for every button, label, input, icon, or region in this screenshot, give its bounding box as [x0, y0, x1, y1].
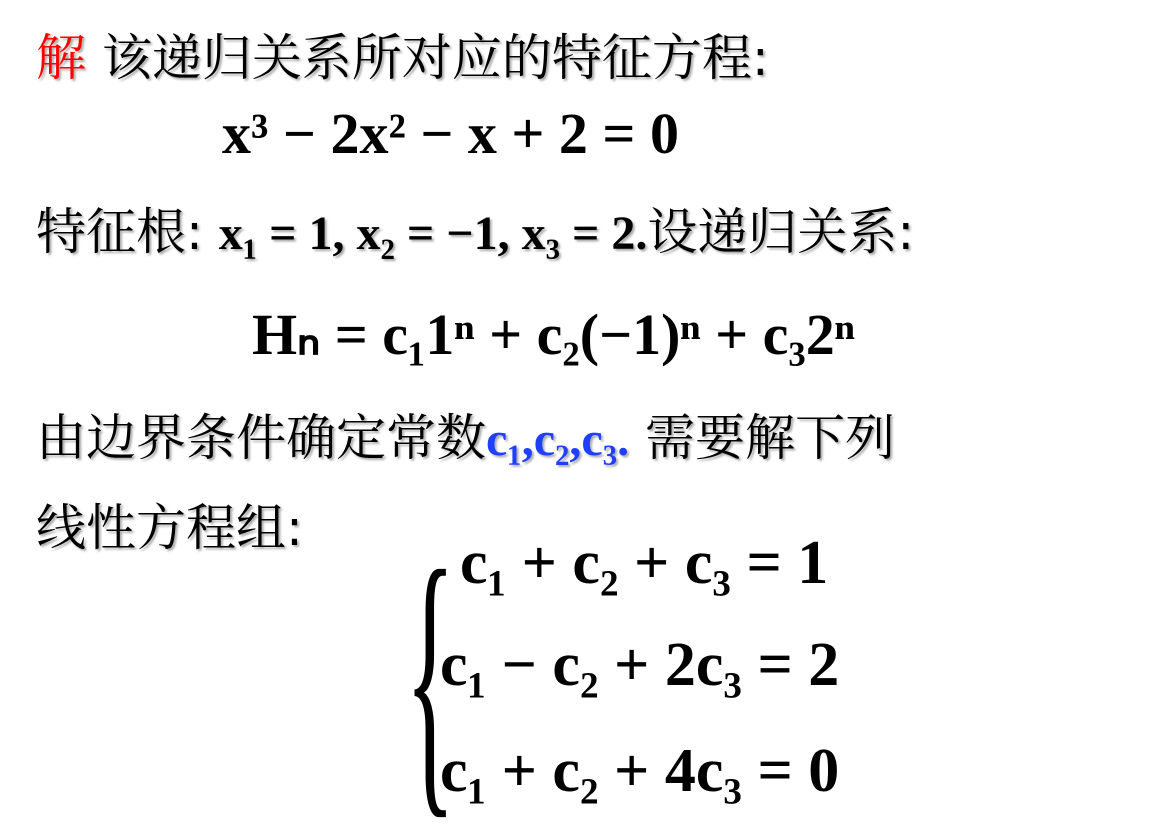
equation-1: c₁ + c₂ + c₃ = 1 — [460, 528, 828, 599]
characteristic-equation: x³ − 2x² − x + 2 = 0 — [222, 100, 679, 167]
left-brace: { — [405, 530, 415, 822]
equation-3: c₁ + c₂ + 4c₃ = 0 — [440, 736, 839, 807]
boundary-label: 由边界条件确定常数 — [36, 409, 486, 467]
solution-label: 解 — [36, 29, 86, 87]
roots-values: x₁ = 1, x₂ = −1, x₃ = 2. — [219, 207, 648, 260]
roots-line: 特征根: x₁ = 1, x₂ = −1, x₃ = 2.设递归关系: — [36, 192, 914, 264]
intro-text: 该递归关系所对应的特征方程: — [86, 29, 769, 87]
roots-suffix: 设递归关系: — [647, 203, 914, 261]
boundary-suffix: 需要解下列 — [629, 409, 895, 467]
solution-intro: 解 该递归关系所对应的特征方程: — [36, 18, 769, 90]
equation-2: c₁ − c₂ + 2c₃ = 2 — [440, 630, 839, 701]
boundary-text: 由边界条件确定常数c₁,c₂,c₃. 需要解下列 — [36, 398, 895, 470]
constants: c₁,c₂,c₃. — [486, 413, 629, 466]
general-solution: Hₙ = c₁1ⁿ + c₂(−1)ⁿ + c₃2ⁿ — [252, 300, 855, 368]
system-label: 线性方程组: — [36, 488, 303, 560]
roots-label: 特征根: — [36, 203, 219, 261]
